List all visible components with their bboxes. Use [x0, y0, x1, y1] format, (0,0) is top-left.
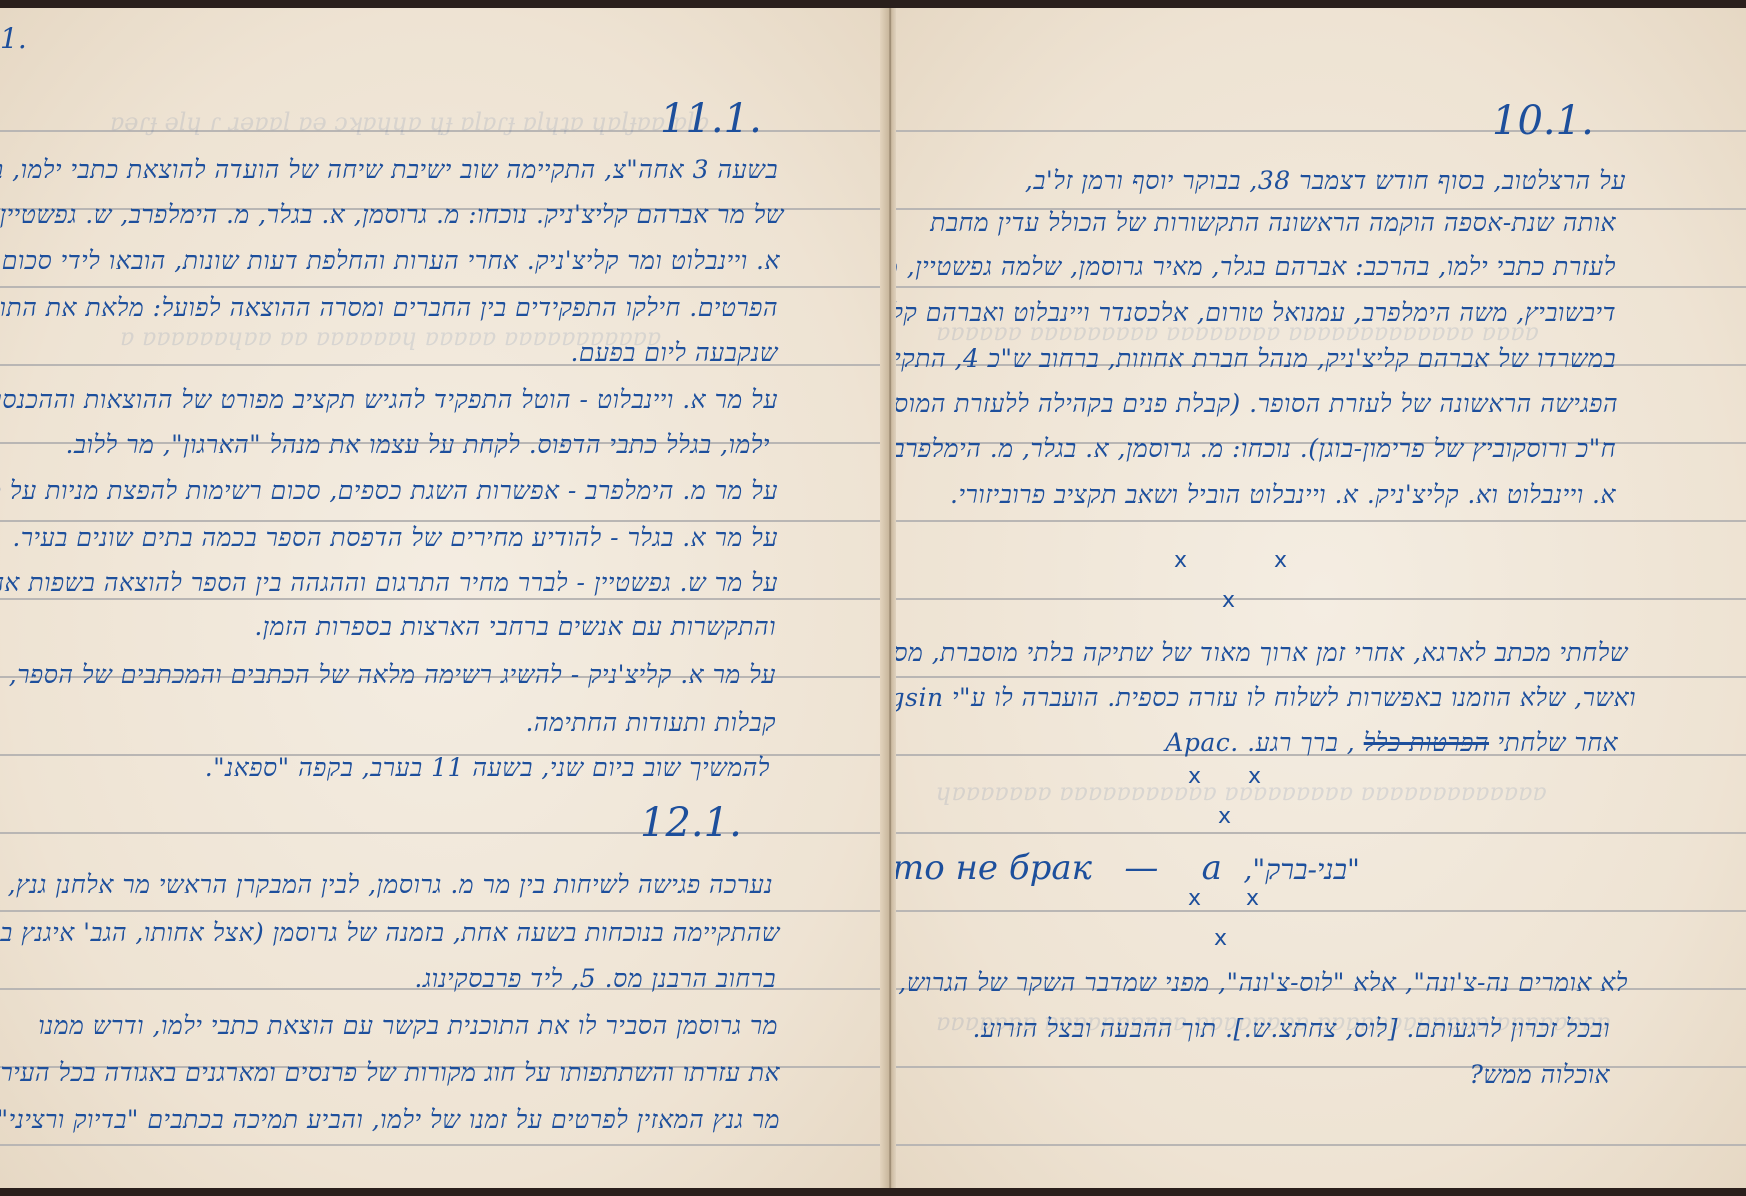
struck-line-after: , ברך רגע.: [1247, 728, 1355, 757]
diary-line: על מר מ. הימלפרב - אפשרות השגת כספים, סכ…: [0, 476, 778, 506]
diary-line: דיבשוביץ, משה הימלפרב, עמנואל טורום, אלכ…: [896, 298, 1616, 328]
diary-line: של מר אברהם קליצ'ניק. נוכחו: מ. גרוסמן, …: [0, 200, 784, 230]
separator-mark: x: [1214, 926, 1227, 951]
diary-line: הפרטים. חילקו התפקידים בין החברים ומסרה …: [0, 293, 778, 323]
diary-line: במשרדו של אברהם קליצ'ניק, מנהל חברת אחוז…: [896, 344, 1616, 374]
right-page: ɐɐɐɐɐɐ ɐɐɐɐɐɐɐɐɐ ɐɐɐɐɐɐɐɐ ɐɐɐɐɐɐɐɐɐɐɐɐɐ …: [896, 8, 1746, 1188]
diary-line: א. ויינבלוט וא. קליצ'ניק. א. ויינבלוט הו…: [950, 480, 1616, 510]
diary-line: קבלות ותעודות החתימה.: [525, 708, 776, 738]
diary-line: בשעה 3 אחה"צ, התקיימה שוב ישיבת שיחה של …: [0, 155, 778, 185]
struck-line-before: אחר שלחתי: [1497, 728, 1618, 757]
separator-mark: x: [1174, 548, 1187, 573]
separator-mark: x: [1188, 886, 1201, 911]
separator-mark: x: [1188, 764, 1201, 789]
diary-line: אוכלוה ממש?: [1469, 1060, 1610, 1090]
left-page: 1. ɐǝɾɟ ǝlɥ ɾ ɹǝɐɐl ɐǝ ɔʞɐɥɥɐ ɥɟ ɐlɐɾɟ ɐ…: [0, 8, 888, 1188]
diary-line: על מר א. ויינבלוט - הוטל התפקיד להגיש תק…: [0, 385, 778, 415]
struck-line: אחר שלחתי הפרטות כלל , ברך רגע. Apac.: [1165, 728, 1618, 758]
diary-line: לעזרת כתבי ילמו, בהרכב: אברהם בגלר, מאיר…: [896, 252, 1616, 282]
diary-line: על הרצלטוב, בסוף חודש דצמבר 38, בבוקר יו…: [1025, 166, 1626, 196]
diary-line: ח"כ ורוסקוביץ של פרימון-בוגן). נוכחו: מ.…: [896, 434, 1616, 464]
page-corner-mark: 1.: [0, 22, 27, 55]
separator-mark: x: [1218, 804, 1231, 829]
dash: —: [1124, 848, 1158, 888]
hebrew-quote: "בני-ברק",: [1244, 853, 1360, 886]
diary-line: על מר א. בגלר - להודיע מחירים של הדפסת ה…: [12, 523, 778, 553]
diary-line: ילמו, בגלל כתבי הדפוס. לקחת על עצמו את מ…: [65, 430, 770, 460]
diary-line: מר גרוסמן הסביר לו את התוכנית בקשר עם הו…: [38, 1011, 778, 1041]
diary-line: ובכל זכרון לרגעותם. [לוס, צחתצ.ש.]. תוך …: [973, 1014, 1610, 1044]
diary-line: ואשר, שלא הוזמנו באפשרות לשלוח לו עזרה כ…: [896, 683, 1636, 713]
latin-word: Apac.: [1165, 728, 1238, 757]
ink-bleed-through: ɥɐɐɐɐɐɐɐ ɐɐɐɐɐɐɐɐɐɐɐ ɐɐɐɐɐɐɐɐɐ ɐɐɐɐɐɐɐɐɐ…: [936, 778, 1547, 806]
diary-line: א. ויינבלוט ומר קליצ'ניק. אחרי הערות והח…: [2, 246, 780, 276]
russian-quote-line: Это не брак — a "בני-ברק",: [896, 848, 1360, 888]
diary-line: ברחוב הרבנן מס. 5, ליד פרבסקינוג.: [414, 964, 776, 994]
diary-line: על מר ש. גפשטיין - לברר מחיר התרגום וההג…: [0, 568, 778, 598]
diary-line: והתקשרות עם אנשים ברחבי הארצות בספרות הז…: [254, 612, 776, 642]
separator-mark: x: [1274, 548, 1287, 573]
struck-out-text: הפרטות כלל: [1364, 728, 1489, 757]
russian-quote: Это не брак: [896, 848, 1092, 888]
ink-bleed-through: ɐǝɾɟ ǝlɥ ɾ ɹǝɐɐl ɐǝ ɔʞɐɥɥɐ ɥɟ ɐlɐɾɟ ɐlɥʇ…: [110, 108, 709, 136]
diary-line: להמשיך שוב ביום שני, בשעה 11 בערב, בקפה …: [205, 753, 770, 783]
diary-line: שנקבעה ליום בפעם.: [570, 338, 778, 368]
separator-mark: x: [1248, 764, 1261, 789]
notebook-spread: 1. ɐǝɾɟ ǝlɥ ɾ ɹǝɐɐl ɐǝ ɔʞɐɥɥɐ ɥɟ ɐlɐɾɟ ɐ…: [0, 8, 1746, 1188]
diary-line: הפגישה הראשונה של לעזרת הסופר. (קבלת פני…: [896, 389, 1618, 419]
separator-mark: x: [1246, 886, 1259, 911]
latin-a: a: [1202, 848, 1222, 888]
diary-line: שהתקיימה בנוכחות בשעה אחת, בזמנה של גרוס…: [0, 918, 780, 948]
entry-date: 11.1.: [660, 96, 762, 142]
entry-date: 10.1.: [1492, 98, 1594, 144]
separator-mark: x: [1222, 588, 1235, 613]
diary-line: על מר א. קליצ'ניק - להשיג רשימה מלאה של …: [0, 660, 776, 690]
diary-line: נערכה פגישה לשיחות בין מר מ. גרוסמן, לבי…: [8, 870, 773, 900]
diary-line: אותה שנת-אספה הוקמה הראשונה התקשורות של …: [930, 208, 1616, 238]
entry-date: 12.1.: [640, 800, 742, 846]
diary-line: שלחתי מכתב לארגא, אחרי זמן ארוך מאוד של …: [896, 638, 1628, 668]
diary-line: את עזרתו והשתתפותו על חוג מקורות של פרנס…: [0, 1058, 780, 1088]
diary-line: לא אומרים נה-צ'ונה", אלא "לוס-צ'ונה", מפ…: [898, 968, 1628, 998]
diary-line: מר גנץ המאזין לפרטים על זמנו של ילמו, וה…: [0, 1105, 780, 1135]
